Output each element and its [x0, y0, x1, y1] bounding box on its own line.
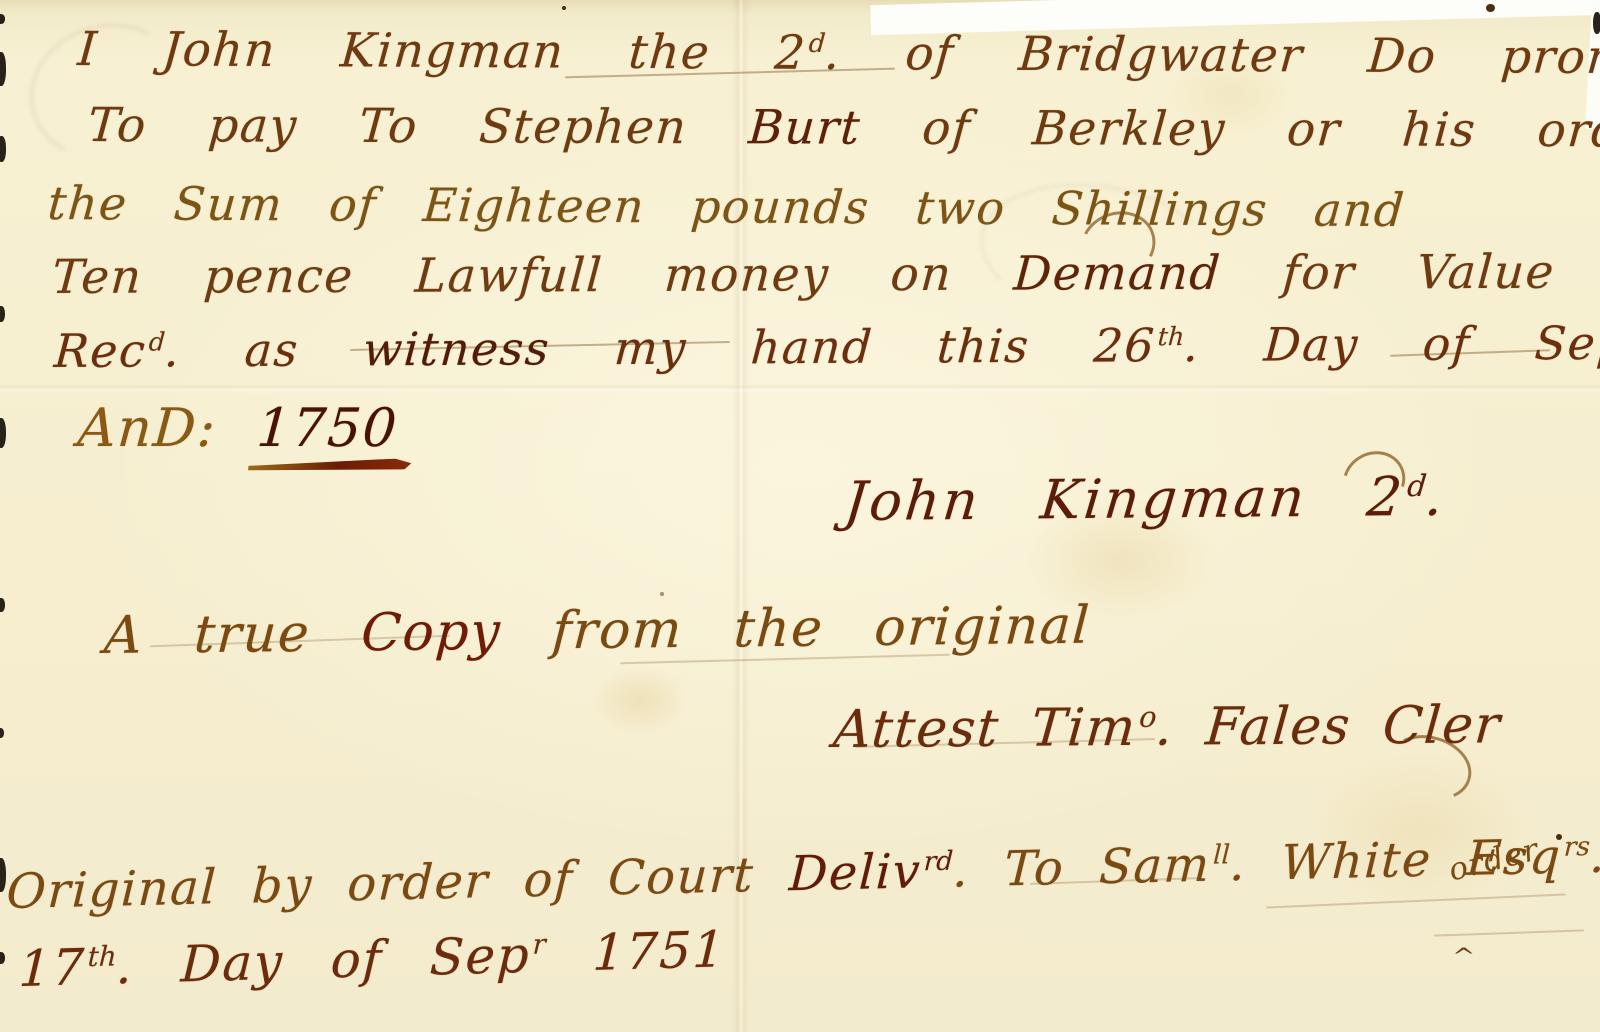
edge-notch [0, 52, 6, 86]
manuscript-text-segment: rd [923, 846, 954, 878]
manuscript-text-segment: A true [102, 603, 363, 666]
manuscript-text-segment: . To Sam [951, 837, 1212, 899]
manuscript-line-promise-2: To pay To Stephen Burt of Berkley or his… [86, 98, 1600, 159]
edge-notch [0, 598, 5, 612]
manuscript-text-segment: th [1157, 322, 1185, 351]
manuscript-line-true-copy: A true Copy from the original [102, 596, 1092, 666]
manuscript-text-segment: AnD: [76, 398, 259, 459]
manuscript-text-segment: Copy [360, 602, 503, 664]
ink-speck [660, 592, 664, 596]
manuscript-text-segment: for Value [1219, 245, 1556, 301]
manuscript-text-segment: . the [1588, 825, 1600, 884]
manuscript-text-segment: Original by order of Court [5, 846, 790, 920]
manuscript-line-promise-1: I John Kingman the 2d. of Bridgwater Do … [76, 22, 1600, 85]
manuscript-text-segment: . Day of Sep [115, 926, 531, 996]
manuscript-text-segment: of Berkley or his order [859, 101, 1600, 159]
manuscript-text-segment: . of Bridgwater Do promise [823, 26, 1600, 86]
manuscript-line-promise-5: Recd. as witness my hand this 26th. Day … [53, 316, 1600, 378]
manuscript-text-segment: . Day of Sep [1182, 316, 1600, 372]
manuscript-page: I John Kingman the 2d. of Bridgwater Do … [0, 0, 1600, 1032]
manuscript-text-segment: 1750 [255, 398, 400, 459]
edge-notch [0, 728, 4, 738]
manuscript-text-segment: 1751 [544, 920, 727, 983]
manuscript-text-segment: my hand this 26 [548, 318, 1157, 375]
manuscript-line-promise-4: Ten pence Lawfull money on Demand for Va… [50, 245, 1556, 305]
manuscript-text-segment: rs [1563, 831, 1591, 863]
manuscript-text-segment: . as [163, 322, 365, 377]
edge-notch [0, 136, 6, 162]
manuscript-text-segment: Ten pence Lawfull money on [50, 247, 1015, 305]
manuscript-line-date-1750: AnD: 1750 [76, 398, 400, 459]
edge-notch [0, 14, 5, 24]
attestation-line: Attest Timo. Fales Cler [831, 695, 1503, 760]
manuscript-text-segment: . Fales Cler [1153, 695, 1503, 757]
manuscript-text-segment: Deliv [788, 843, 923, 902]
fold-crease-horizontal [0, 384, 1600, 394]
signature-john-kingman: John Kingman 2d. [842, 465, 1449, 533]
manuscript-line-promise-3: the Sum of Eighteen pounds two Shillings… [46, 176, 1407, 237]
manuscript-text-segment: To pay To Stephen [86, 98, 751, 155]
manuscript-text-segment: Rec [53, 324, 149, 379]
manuscript-text-segment: 17 [18, 938, 87, 998]
guide-stroke [1266, 893, 1566, 908]
manuscript-text-segment: John Kingman 2 [842, 465, 1408, 533]
ink-speck [562, 6, 566, 10]
manuscript-text-segment: the Sum of Eighteen pounds two Shillings… [46, 176, 1407, 237]
ink-speck [1486, 4, 1495, 12]
insertion-caret: ^ [1452, 943, 1475, 969]
manuscript-text-segment: I John Kingman the 2 [76, 22, 808, 81]
manuscript-line-delivery-1: Original by order of Court Delivrd. To S… [5, 825, 1600, 920]
manuscript-text-segment: Demand [1012, 246, 1223, 302]
manuscript-text-segment: th [87, 941, 117, 974]
edge-notch [0, 306, 5, 322]
edge-notch [0, 858, 6, 892]
guide-stroke [1434, 929, 1584, 936]
manuscript-text-segment: from the original [499, 596, 1092, 662]
manuscript-text-segment: ll [1212, 839, 1230, 870]
edge-notch [0, 418, 6, 448]
manuscript-text-segment: Attest Tim [831, 698, 1139, 760]
edge-notch [0, 952, 5, 964]
manuscript-text-segment: witness [361, 321, 552, 376]
manuscript-text-segment: Burt [747, 100, 863, 155]
manuscript-line-delivery-2: 17th. Day of Sepr 1751 [18, 920, 728, 998]
